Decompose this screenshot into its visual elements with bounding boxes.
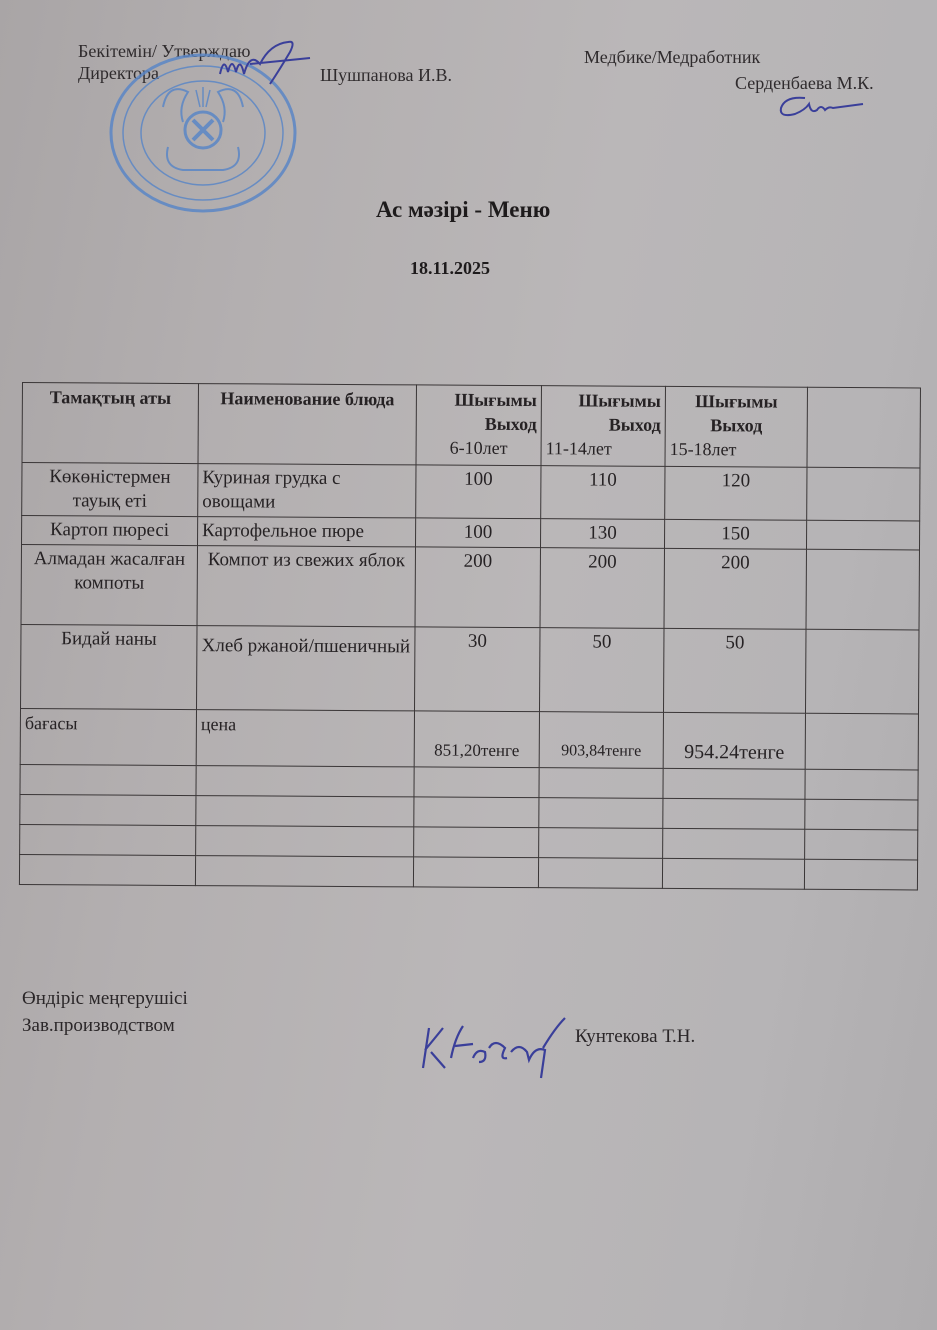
- yield-value: 200: [415, 547, 540, 628]
- table-row: Алмадан жасалған компоты Компот из свежи…: [21, 545, 919, 630]
- yield-label-kz: Шығымы: [578, 390, 660, 411]
- yield-value: 30: [414, 627, 540, 712]
- footer-role-ru: Зав.производством: [22, 1012, 175, 1040]
- header-yield-11-14: Шығымы Выход 11-14лет: [541, 386, 665, 467]
- header-dish-ru: Наименование блюда: [198, 384, 416, 465]
- footer-role-kz: Өндіріс меңгерушісі: [22, 985, 188, 1013]
- footer-name: Кунтекова Т.Н.: [575, 1023, 695, 1051]
- medic-name: Серденбаева М.К.: [735, 72, 874, 94]
- dish-name-kz: Бидай наны: [21, 624, 198, 709]
- header-empty: [807, 387, 920, 468]
- yield-label-ru: Выход: [609, 415, 661, 435]
- yield-value: 50: [663, 628, 806, 713]
- table-row: Бидай наны Хлеб ржаной/пшеничный 30 50 5…: [21, 624, 919, 713]
- empty-cell: [806, 520, 919, 550]
- yield-value: 200: [664, 548, 806, 629]
- header-dish-kz: Тамақтың аты: [22, 383, 198, 464]
- yield-value: 100: [416, 465, 541, 519]
- age-group-label: 15-18лет: [670, 437, 803, 462]
- dish-name-ru: Компот из свежих яблок: [197, 546, 415, 627]
- price-value: 954.24тенге: [663, 712, 805, 769]
- menu-table: Тамақтың аты Наименование блюда Шығымы В…: [19, 382, 921, 890]
- age-group-label: 6-10лет: [421, 435, 537, 460]
- yield-value: 110: [541, 466, 665, 520]
- director-signature-icon: [210, 34, 320, 94]
- empty-cell: [805, 629, 919, 714]
- yield-label-ru: Выход: [710, 415, 762, 435]
- yield-value: 100: [416, 518, 541, 548]
- production-head-signature-icon: [415, 1008, 585, 1083]
- page-title: Ас мәзірі - Меню: [376, 197, 550, 223]
- price-value: 903,84тенге: [539, 712, 663, 769]
- header-yield-15-18: Шығымы Выход 15-18лет: [665, 386, 807, 467]
- empty-cell: [807, 467, 920, 521]
- medic-label: Медбике/Медработник: [584, 46, 760, 68]
- price-value: 851,20тенге: [414, 711, 539, 768]
- price-label-ru: цена: [196, 710, 414, 767]
- dish-name-kz: Картоп пюресі: [22, 516, 198, 546]
- age-group-label: 11-14лет: [546, 436, 661, 461]
- price-label-kz: бағасы: [20, 708, 196, 765]
- dish-name-kz: Алмадан жасалған компоты: [21, 545, 197, 626]
- director-name: Шушпанова И.В.: [320, 64, 452, 86]
- empty-cell: [805, 713, 918, 770]
- header-yield-6-10: Шығымы Выход 6-10лет: [416, 385, 541, 466]
- yield-label-kz: Шығымы: [454, 390, 536, 411]
- yield-value: 200: [540, 548, 664, 629]
- yield-label-ru: Выход: [485, 414, 537, 434]
- yield-value: 150: [664, 519, 806, 549]
- table-header-row: Тамақтың аты Наименование блюда Шығымы В…: [22, 383, 920, 468]
- empty-row: [19, 854, 917, 889]
- price-row: бағасы цена 851,20тенге 903,84тенге 954.…: [20, 708, 918, 769]
- dish-name-ru: Куриная грудка с овощами: [198, 464, 416, 518]
- dish-name-ru: Картофельное пюре: [198, 517, 416, 547]
- empty-cell: [806, 549, 919, 630]
- yield-value: 120: [665, 466, 807, 520]
- table-row: Көкөністермен тауық еті Куриная грудка с…: [22, 463, 920, 521]
- medic-signature-icon: [775, 92, 865, 120]
- yield-label-kz: Шығымы: [695, 391, 777, 412]
- menu-date: 18.11.2025: [410, 258, 490, 279]
- dish-name-ru: Хлеб ржаной/пшеничный: [197, 626, 416, 711]
- dish-name-kz: Көкөністермен тауық еті: [22, 463, 198, 517]
- yield-value: 50: [539, 628, 664, 713]
- yield-value: 130: [540, 519, 664, 549]
